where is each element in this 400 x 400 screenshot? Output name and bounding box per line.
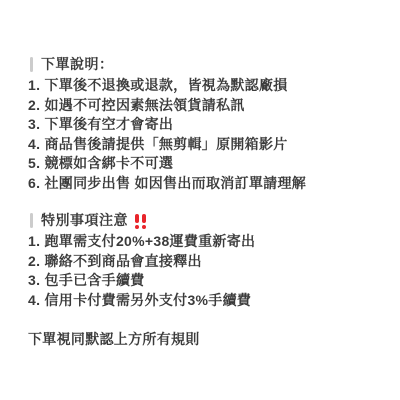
heading-accent-bar-icon xyxy=(30,57,33,72)
special-note-item-3: 3. 包手已含手續費 xyxy=(28,271,382,291)
special-note-item-4: 4. 信用卡付費需另外支付3%手續費 xyxy=(28,291,382,311)
special-notes-heading-row: 特別事項注意 xyxy=(30,210,382,230)
order-note-item-6: 6. 社團同步出售 如因售出而取消訂單請理解 xyxy=(28,174,382,194)
order-notes-heading-row: 下單說明： xyxy=(30,54,382,74)
double-exclamation-icon xyxy=(135,214,146,229)
order-note-item-4: 4. 商品售後請提供「無剪輯」原開箱影片 xyxy=(28,135,382,155)
order-notes-heading: 下單說明： xyxy=(41,54,114,74)
exclamation-mark-icon xyxy=(135,214,139,229)
order-notes-section: 下單說明： 1. 下單後不退換或退款，皆視為默認廠損 2. 如遇不可控因素無法領… xyxy=(28,54,382,193)
special-notes-section: 特別事項注意 1. 跑單需支付20%+38運費重新寄出 2. 聯絡不到商品會直接… xyxy=(28,210,382,310)
order-note-item-1: 1. 下單後不退換或退款，皆視為默認廠損 xyxy=(28,76,382,96)
heading-accent-bar-icon xyxy=(30,213,33,228)
footer-rule-text: 下單視同默認上方所有規則 xyxy=(28,330,382,350)
special-notes-heading: 特別事項注意 xyxy=(41,210,128,230)
order-note-item-2: 2. 如遇不可控因素無法領貨請私訊 xyxy=(28,96,382,116)
exclamation-mark-icon xyxy=(142,214,146,229)
order-note-item-5: 5. 競標如含綁卡不可選 xyxy=(28,154,382,174)
order-note-item-3: 3. 下單後有空才會寄出 xyxy=(28,115,382,135)
special-note-item-2: 2. 聯絡不到商品會直接釋出 xyxy=(28,252,382,272)
seller-notice-card: 下單說明： 1. 下單後不退換或退款，皆視為默認廠損 2. 如遇不可控因素無法領… xyxy=(0,0,400,400)
special-note-item-1: 1. 跑單需支付20%+38運費重新寄出 xyxy=(28,232,382,252)
